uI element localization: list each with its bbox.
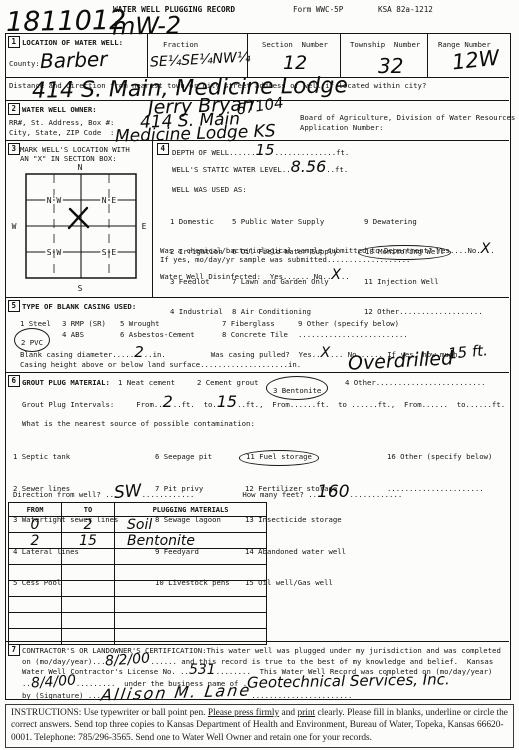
sample-question-line: Was a chemical/bacteriological sample su… <box>160 245 495 255</box>
intervals-from-label: From.. <box>136 400 162 409</box>
static-level-line: WELL'S STATIC WATER LEVEL..8.56..ft. <box>172 163 348 174</box>
use-option: 8 Air Conditioning <box>232 307 364 317</box>
compass-nw-label: N W <box>47 196 62 205</box>
from-value: 0 <box>31 517 40 533</box>
section-5-title: TYPE OF BLANK CASING USED: <box>22 302 136 311</box>
intervals-rest: ..ft., From......ft. to ......ft., From.… <box>237 400 505 409</box>
depth-label: DEPTH OF WELL...... <box>172 148 255 157</box>
sample-question-end: . <box>490 246 494 255</box>
well-use-options: 1 Domestic5 Public Water Supply9 Dewater… <box>170 197 483 337</box>
date-completed-value: 8/4/00 <box>31 676 77 687</box>
table-row <box>9 565 267 581</box>
casing-option: 2 PVC <box>21 338 43 347</box>
section-5-number: 5 <box>8 300 20 312</box>
casing-option: 1 Steel <box>20 319 51 328</box>
table-header-row: FROM TO PLUGGING MATERIALS <box>9 503 267 517</box>
use-option-row: 1 Domestic5 Public Water Supply9 Dewater… <box>170 217 483 227</box>
section-2-title: WATER WELL OWNER: <box>22 105 97 114</box>
static-suffix: ..ft. <box>326 165 348 174</box>
disinfected-line-end: .. <box>341 272 350 281</box>
fraction-label: Fraction <box>163 40 198 49</box>
casing-option: 7 Fiberglass <box>222 319 275 328</box>
section-7-number: 7 <box>8 644 20 656</box>
casing-other-dots: ......................... <box>298 330 408 339</box>
section-2-number: 2 <box>8 103 20 115</box>
certification-line1: CONTRACTOR'S OR LANDOWNER'S CERTIFICATIO… <box>22 646 501 655</box>
feet-value: 160 <box>317 482 349 502</box>
divider <box>340 33 341 77</box>
compass-ne-label: N E <box>102 196 117 205</box>
statute-ref: KSA 82a-1212 <box>378 5 433 14</box>
disinfected-no-x-mark: X <box>331 267 341 283</box>
cert-line4-dots: .. <box>22 679 31 688</box>
table-header-materials: PLUGGING MATERIALS <box>115 503 267 517</box>
grout-option: 2 Cement grout <box>197 378 259 387</box>
diameter-suffix: ..in. <box>144 350 166 359</box>
casing-option: 9 Other (specify below) <box>298 319 399 328</box>
diameter-value: 2 <box>134 343 144 361</box>
instructions-text: and <box>279 708 297 718</box>
owner-city-label: City, State, ZIP Code : <box>9 128 114 137</box>
circled-grout-bentonite: 3 Bentonite <box>272 378 322 397</box>
interval-from-value: 2 <box>163 392 173 411</box>
material-value: Bentonite <box>115 535 266 547</box>
section-number-value: 12 <box>283 52 307 74</box>
license-number-value: 531 <box>189 662 216 678</box>
casing-option: 4 ABS <box>62 330 84 339</box>
use-option: 5 Public Water Supply <box>232 217 364 227</box>
table-header-to: TO <box>62 503 115 517</box>
divider <box>5 297 509 298</box>
section-location-grid: N N W N E S W S E W E S <box>6 160 150 294</box>
instructions-underlined-print: print <box>297 708 315 718</box>
contamination-label: What is the nearest source of possible c… <box>22 419 255 428</box>
section-number-label: Section Number <box>262 40 328 49</box>
pulled-label: Was casing pulled? Yes.. <box>211 350 321 359</box>
water-well-plugging-record-form: WATER WELL PLUGGING RECORD Form WWC-5P K… <box>0 0 519 750</box>
table-row: 215Bentonite <box>9 533 267 549</box>
divider <box>5 372 509 373</box>
source-option-row: 1 Septic tank6 Seepage pit11 Fuel storag… <box>13 452 492 463</box>
compass-n-label: N <box>78 163 83 172</box>
handwritten-x-mark <box>69 208 88 228</box>
signature-value: Allison M. Lane <box>101 686 252 699</box>
form-code: Form WWC-5P <box>293 5 343 14</box>
use-option: 12 Other................... <box>364 307 483 317</box>
use-option: 1 Domestic <box>170 217 232 227</box>
divider <box>152 140 153 297</box>
to-value: 2 <box>84 517 93 533</box>
grout-intervals-line: Grout Plug Intervals:From..2..ft. to.15.… <box>22 398 505 409</box>
use-option: 4 Industrial <box>170 307 232 317</box>
table-header-from: FROM <box>9 503 62 517</box>
from-value: 2 <box>31 533 40 549</box>
interval-to-value: 15 <box>217 392 237 411</box>
source-option: 6 Seepage pit <box>155 452 245 463</box>
signature-dots: ....................... <box>251 691 352 700</box>
grout-option: 1 Neat cement <box>118 378 175 387</box>
cert-date-label: on (mo/day/year)... <box>22 657 105 666</box>
source-option: 1 Septic tank <box>13 452 155 463</box>
circled-source-fuel-storage: 11 Fuel storage <box>245 452 387 463</box>
source-option: 11 Fuel storage <box>246 452 312 463</box>
certification-line5: by (Signature) ...Allison M. Lane.......… <box>22 689 352 700</box>
township-number-value: 32 <box>378 54 403 78</box>
application-number-label: Application Number: <box>300 123 383 132</box>
compass-e-label: E <box>142 222 147 231</box>
table-row <box>9 597 267 613</box>
casing-option: 6 Asbestos-Cement <box>120 330 195 339</box>
table-row: 02Soil <box>9 517 267 533</box>
sample-no-x-mark: X <box>481 241 491 257</box>
intervals-to-label: ..ft. to. <box>173 400 217 409</box>
source-option: 16 Other (specify below) <box>387 452 492 463</box>
use-option: 11 Injection Well <box>364 277 439 287</box>
diameter-label: Blank casing diameter..... <box>20 350 134 359</box>
instructions-text: INSTRUCTIONS: Use typewriter or ball poi… <box>11 708 208 718</box>
section-3-number: 3 <box>8 143 20 155</box>
depth-of-well-line: DEPTH OF WELL......15..............ft. <box>172 146 349 157</box>
casing-option: 3 RMP (SR) <box>62 319 106 328</box>
casing-option: 8 Concrete Tile <box>222 330 288 339</box>
table-row <box>9 549 267 565</box>
use-option-row: 4 Industrial8 Air Conditioning12 Other..… <box>170 307 483 317</box>
table-row <box>9 613 267 629</box>
plugging-materials-table: FROM TO PLUGGING MATERIALS 02Soil 215Ben… <box>8 502 267 645</box>
pulled-yes-x-mark: X <box>321 345 331 361</box>
owner-address-label: RR#, St. Address, Box #: <box>9 118 114 127</box>
compass-w-label: W <box>12 222 17 231</box>
date-plugged-value: 8/2/00 <box>105 654 151 665</box>
to-value: 15 <box>79 533 97 549</box>
intervals-label: Grout Plug Intervals: <box>22 400 114 409</box>
grout-option: 3 Bentonite <box>273 386 321 395</box>
section-1-title: LOCATION OF WATER WELL: <box>22 38 123 47</box>
signature-label: by (Signature) ... <box>22 691 101 700</box>
divider <box>147 33 148 77</box>
disinfected-label: Water Well Disinfected: Yes...... No.. <box>160 272 331 281</box>
static-label: WELL'S STATIC WATER LEVEL.. <box>172 165 291 174</box>
direction-label: Direction from well? .. <box>13 490 114 499</box>
range-number-value: 12W <box>451 46 501 75</box>
feet-dots: ............ <box>350 490 403 499</box>
section-4-number: 4 <box>157 143 169 155</box>
direction-value: SW <box>114 487 142 497</box>
pulled-amount-value: 15 ft. <box>448 346 488 357</box>
use-option: 9 Dewatering <box>364 217 417 227</box>
agency-label: Board of Agriculture, Division of Water … <box>300 113 515 122</box>
instructions-underlined-press-firmly: Please press firmly <box>208 708 279 718</box>
static-level-value: 8.56 <box>291 157 327 176</box>
section-1-number: 1 <box>8 36 20 48</box>
table-row <box>9 581 267 597</box>
grout-option: 4 Other......................... <box>345 378 486 387</box>
township-number-label: Township Number <box>350 40 420 49</box>
section-6-number: 6 <box>8 375 20 387</box>
sample-question: Was a chemical/bacteriological sample su… <box>160 246 481 255</box>
compass-s-label: S <box>78 284 83 293</box>
direction-line: Direction from well? ..SW............How… <box>13 488 402 499</box>
county-label: County: <box>9 59 40 68</box>
compass-sw-label: S W <box>47 248 62 257</box>
sample-date-line: If yes, mo/day/yr sample was submitted..… <box>160 255 410 264</box>
county-value: Barber <box>40 47 108 73</box>
divider <box>5 641 509 642</box>
business-name-value: Geotechnical Services, Inc. <box>247 675 450 687</box>
material-value: Soil <box>115 519 266 531</box>
divider <box>427 33 428 77</box>
section-6-title: GROUT PLUG MATERIAL: <box>22 378 110 387</box>
used-as-label: WELL WAS USED AS: <box>172 185 247 194</box>
compass-se-label: S E <box>102 248 117 257</box>
section-3-title-line1: MARK WELL'S LOCATION WITH <box>20 145 130 154</box>
disinfected-line: Water Well Disinfected: Yes...... No..X.… <box>160 271 350 281</box>
certification-line2: on (mo/day/year)...8/2/00...... and this… <box>22 656 493 666</box>
depth-value: 15 <box>255 141 274 159</box>
depth-suffix: ..............ft. <box>275 148 350 157</box>
casing-option: 5 Wrought <box>120 319 160 328</box>
casing-height-line: Casing height above or below land surfac… <box>20 360 301 369</box>
feet-label: How many feet? .. <box>242 490 317 499</box>
circled-casing-pvc: 2 PVC <box>20 330 44 349</box>
instructions-block: INSTRUCTIONS: Use typewriter or ball poi… <box>5 704 514 748</box>
table-row <box>9 629 267 645</box>
direction-dots: ............ <box>142 490 195 499</box>
